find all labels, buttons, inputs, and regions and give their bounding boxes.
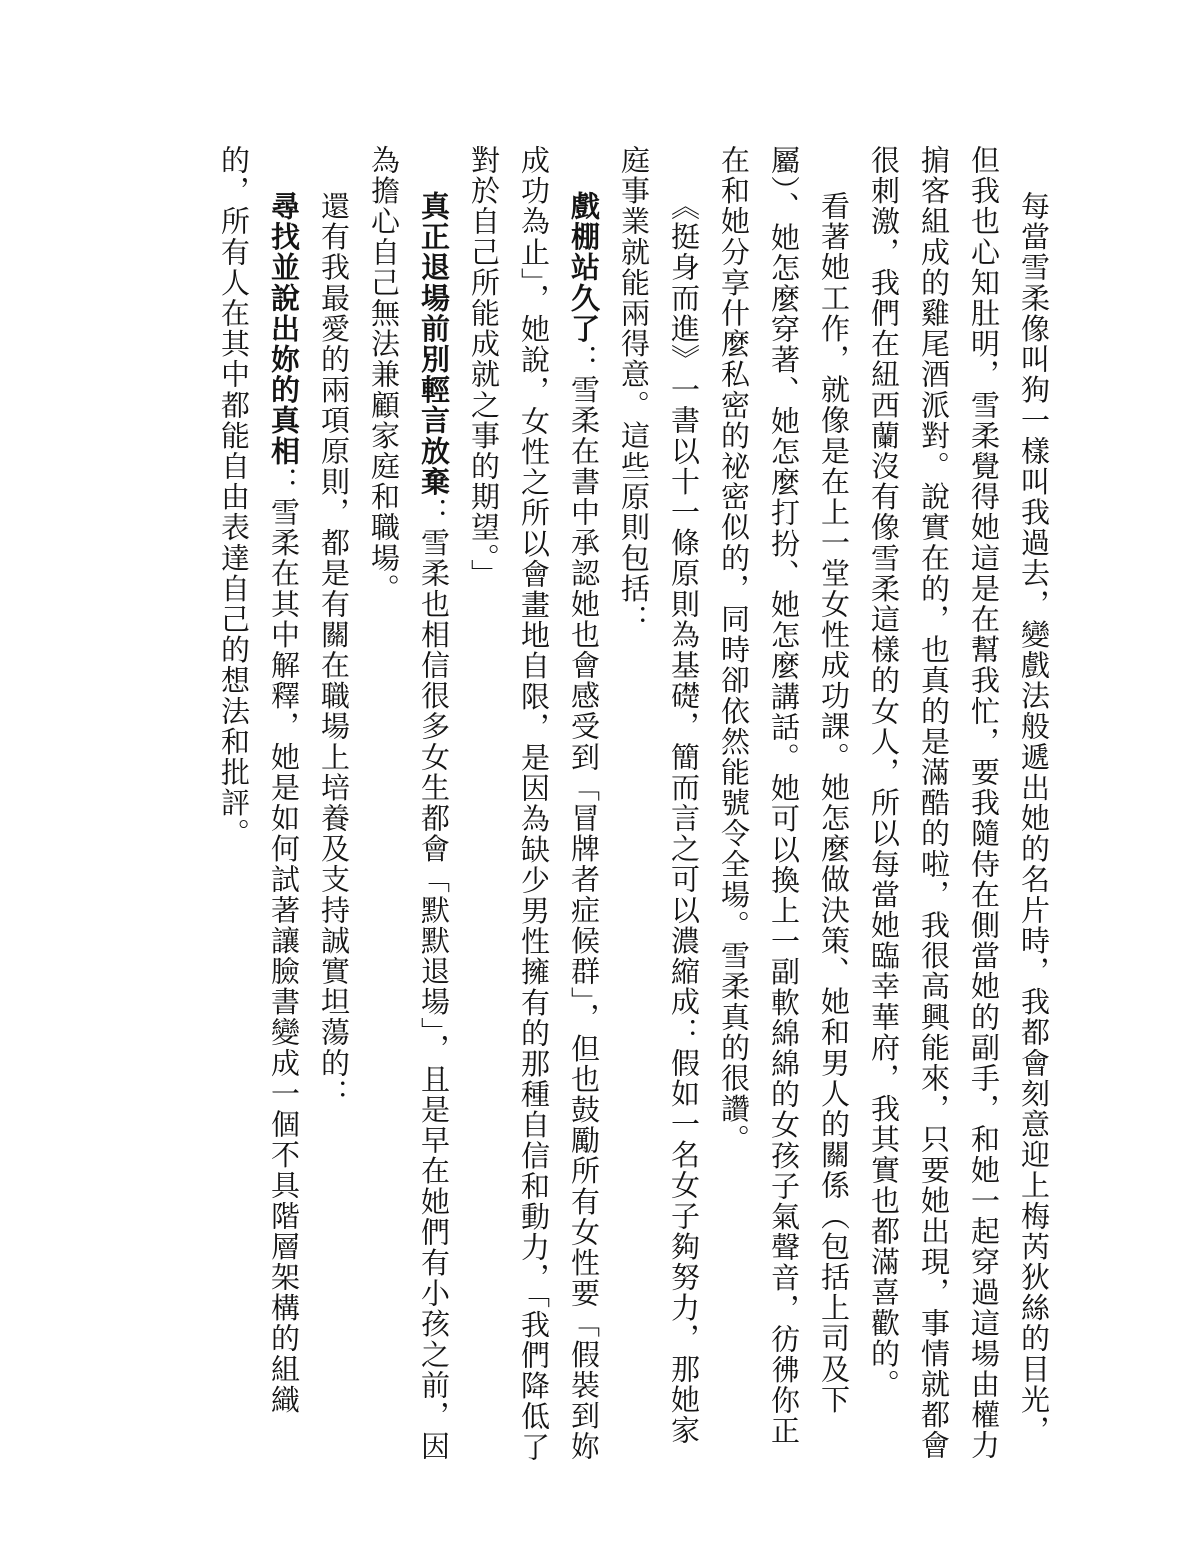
paragraph-text: 每當雪柔像叫狗一樣叫我過去，變戲法般遞出她的名片時，我都會刻意迎上梅芮狄絲的目光… xyxy=(867,145,1049,1461)
paragraph-6: 還有我最愛的兩項原則，都是有關在職場上培養及支持誠實坦蕩的： xyxy=(308,145,358,1463)
paragraph-3: 《挺身而進》一書以十一條原則為基礎，簡而言之可以濃縮成：假如一名女子夠努力，那她… xyxy=(608,145,708,1463)
vertical-text-block: 每當雪柔像叫狗一樣叫我過去，變戲法般遞出她的名片時，我都會刻意迎上梅芮狄絲的目光… xyxy=(208,145,1058,1463)
paragraph-1: 每當雪柔像叫狗一樣叫我過去，變戲法般遞出她的名片時，我都會刻意迎上梅芮狄絲的目光… xyxy=(858,145,1058,1463)
book-page: 每當雪柔像叫狗一樣叫我過去，變戲法般遞出她的名片時，我都會刻意迎上梅芮狄絲的目光… xyxy=(0,0,1200,1553)
principle-title-3: 尋找並說出妳的真相 xyxy=(267,191,299,466)
principle-title-2: 真正退場前別輕言放棄 xyxy=(417,191,449,497)
paragraph-text: 《挺身而進》一書以十一條原則為基礎，簡而言之可以濃縮成：假如一名女子夠努力，那她… xyxy=(617,145,699,1446)
paragraph-5: 真正退場前別輕言放棄：雪柔也相信很多女生都會「默默退場」，且是早在她們有小孩之前… xyxy=(358,145,458,1463)
principle-title-1: 戲棚站久了 xyxy=(567,191,599,344)
paragraph-text: 還有我最愛的兩項原則，都是有關在職場上培養及支持誠實坦蕩的： xyxy=(317,191,349,1109)
paragraph-4: 戲棚站久了：雪柔在書中承認她也會感受到「冒牌者症候群」，但也鼓勵所有女性要「假裝… xyxy=(458,145,608,1463)
paragraph-text: 看著她工作，就像是在上一堂女性成功課。她怎麼做決策、她和男人的關係（包括上司及下… xyxy=(717,145,849,1446)
paragraph-2: 看著她工作，就像是在上一堂女性成功課。她怎麼做決策、她和男人的關係（包括上司及下… xyxy=(708,145,858,1463)
paragraph-7: 尋找並說出妳的真相：雪柔在其中解釋，她是如何試著讓臉書變成一個不具階層架構的組織… xyxy=(208,145,308,1463)
